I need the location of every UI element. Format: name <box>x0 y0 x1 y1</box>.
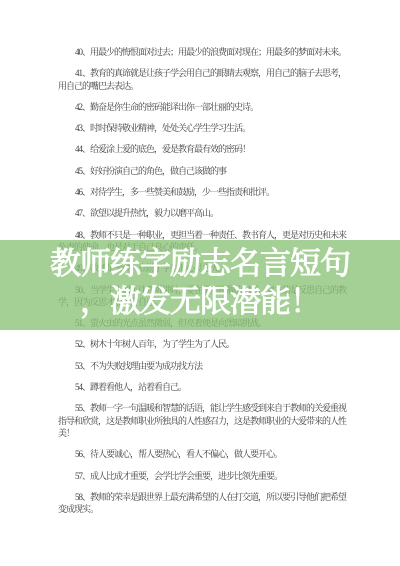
quote-paragraph-58: 58、教师的荣幸是跟世界上最充满希望的人在打交道，所以要引导他们把希望变成现实。 <box>58 491 346 516</box>
quote-paragraph-44: 44、给爱涂上爱的底色，爱是教育最有效的密码！ <box>58 143 346 155</box>
quote-paragraph-42: 42、勤奋是你生命的密码能译出你一部壮丽的史诗。 <box>58 101 346 113</box>
quote-paragraph-41: 41、教育的真谛就是让孩子学会用自己的眼睛去观察，用自己的脑子去思考，用自己的嘴… <box>58 67 346 92</box>
quote-paragraph-53: 53、不为失败找理由要为成功找方法 <box>58 360 346 372</box>
title-overlay-banner: 教师练字励志名言短句 ，激发无限潜能！ <box>0 240 400 330</box>
quote-paragraph-56: 56、待人要诚心，帮人要热心，看人不偏心，做人要开心。 <box>58 448 346 460</box>
quote-paragraph-40: 40、用最少的悔恨面对过去；用最少的浪费面对现在；用最多的梦面对未来。 <box>58 46 346 58</box>
article-page: 40、用最少的悔恨面对过去；用最少的浪费面对现在；用最多的梦面对未来。 41、教… <box>0 0 400 566</box>
quote-paragraph-43: 43、时时保持敬业精神，处处关心学生学习生活。 <box>58 122 346 134</box>
quote-paragraph-52: 52、树木十年树人百年，为了学生为了人民。 <box>58 338 346 350</box>
overlay-title-line-1: 教师练字励志名言短句 <box>50 245 350 283</box>
quote-paragraph-45: 45、好好扮演自己的角色，做自己该做的事 <box>58 165 346 177</box>
quote-paragraph-46: 46、对待学生，多一些赞美和鼓励，少一些指责和批评。 <box>58 186 346 198</box>
quote-paragraph-57: 57、成人比成才重要，会学比学会重要，进步比领先重要。 <box>58 470 346 482</box>
quote-paragraph-55: 55、教师一字一句温暖和智慧的话语，能让学生感受到来自于教师的关爱重视指导和欣赏… <box>58 402 346 439</box>
overlay-title-line-2: ，激发无限潜能！ <box>80 283 320 321</box>
quote-paragraph-47: 47、欲望以提升热忱，毅力以磨平高山。 <box>58 207 346 219</box>
quote-paragraph-54: 54、蹲着看他人，站着看自己。 <box>58 381 346 393</box>
